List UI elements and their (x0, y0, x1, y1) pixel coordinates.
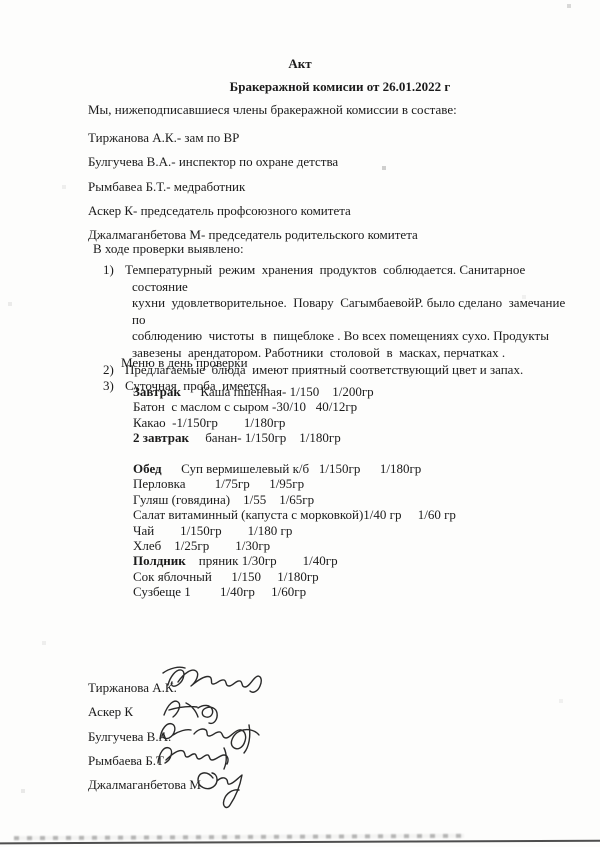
findings-heading: В ходе проверки выявлено: (93, 241, 244, 257)
menu-line-text: банан- 1/150гр 1/180гр (189, 430, 341, 445)
signatory-name: Тиржанова А.К. (88, 676, 201, 700)
menu-lunch-block: Обед Суп вермишелевый к/б 1/150гр 1/180г… (133, 461, 573, 600)
scan-noise-speckles (0, 0, 2, 2)
menu-line: Чай 1/150гр 1/180 гр (133, 523, 573, 538)
menu-line: Батон с маслом с сыром -30/10 40/12гр (133, 399, 573, 414)
member-line: Тиржанова А.К.- зам по ВР (88, 126, 578, 150)
menu-line: Какао -1/150гр 1/180гр (133, 415, 573, 430)
finding-item: 1) Температурный режим хранения продукто… (103, 262, 578, 362)
menu-line: Хлеб 1/25гр 1/30гр (133, 538, 573, 553)
menu-line-text: Сузбеще 1 1/40гр 1/60гр (133, 584, 306, 599)
menu-line: Гуляш (говядина) 1/55 1/65гр (133, 492, 573, 507)
finding-number: 2) (103, 362, 114, 379)
scan-edge-smudge (14, 834, 464, 840)
document-subtitle: Бракеражной комисии от 26.01.2022 г (80, 79, 600, 95)
intro-line: Мы, нижеподписавшиеся члены бракеражной … (88, 102, 568, 118)
menu-line: Сузбеще 1 1/40гр 1/60гр (133, 584, 573, 599)
meal-label: 2 завтрак (133, 430, 189, 445)
signatory-name: Булгучева В.А. (88, 725, 201, 749)
menu-line-text: Салат витаминный (капуста с морковкой)1/… (133, 507, 456, 522)
signature-dzhalmaganbetova (198, 773, 242, 808)
commission-members-list: Тиржанова А.К.- зам по ВР Булгучева В.А.… (88, 126, 578, 247)
menu-line: Сок яблочный 1/150 1/180гр (133, 569, 573, 584)
findings-list: 1) Температурный режим хранения продукто… (103, 262, 578, 395)
member-line: Аскер К- председатель профсоюзного комит… (88, 199, 578, 223)
finding-number: 1) (103, 262, 114, 279)
menu-line-text: Гуляш (говядина) 1/55 1/65гр (133, 492, 314, 507)
menu-line-text: Хлеб 1/25гр 1/30гр (133, 538, 270, 553)
menu-line: Салат витаминный (капуста с морковкой)1/… (133, 507, 573, 522)
signatory-name: Аскер К (88, 700, 201, 724)
document-title: Акт (0, 56, 600, 72)
menu-line: 2 завтрак банан- 1/150гр 1/180гр (133, 430, 573, 445)
member-line: Рымбавеа Б.Т.- медработник (88, 175, 578, 199)
menu-line: Завтрак Каша пшенная- 1/150 1/200гр (133, 384, 573, 399)
meal-label: Обед (133, 461, 162, 476)
finding-number: 3) (103, 378, 114, 395)
finding-text: Температурный режим хранения продуктов с… (132, 262, 578, 362)
menu-line-text: Перловка 1/75гр 1/95гр (133, 476, 304, 491)
signature-block: Тиржанова А.К. Аскер К Булгучева В.А. Ры… (88, 676, 201, 797)
signatory-name: Рымбаева Б.Т (88, 749, 201, 773)
menu-line-text: Суп вермишелевый к/б 1/150гр 1/180гр (162, 461, 422, 476)
member-line: Булгучева В.А.- инспектор по охране детс… (88, 150, 578, 174)
scanned-act-document: Акт Бракеражной комисии от 26.01.2022 г … (0, 0, 600, 847)
scan-edge-line (0, 840, 600, 844)
menu-breakfast-block: Завтрак Каша пшенная- 1/150 1/200гр Бато… (133, 384, 573, 446)
menu-line: Перловка 1/75гр 1/95гр (133, 476, 573, 491)
menu-line-text: Какао -1/150гр 1/180гр (133, 415, 285, 430)
menu-line-text: Каша пшенная- 1/150 1/200гр (181, 384, 374, 399)
menu-line: Полдник пряник 1/30гр 1/40гр (133, 553, 573, 568)
menu-line-text: Сок яблочный 1/150 1/180гр (133, 569, 319, 584)
menu-line-text: Чай 1/150гр 1/180 гр (133, 523, 292, 538)
signatory-name: Джалмаганбетова М (88, 773, 201, 797)
menu-line: Обед Суп вермишелевый к/б 1/150гр 1/180г… (133, 461, 573, 476)
menu-title: Меню в день проверки (121, 355, 248, 371)
menu-line-text: пряник 1/30гр 1/40гр (186, 553, 338, 568)
meal-label: Полдник (133, 553, 186, 568)
menu-line-text: Батон с маслом с сыром -30/10 40/12гр (133, 399, 357, 414)
meal-label: Завтрак (133, 384, 181, 399)
